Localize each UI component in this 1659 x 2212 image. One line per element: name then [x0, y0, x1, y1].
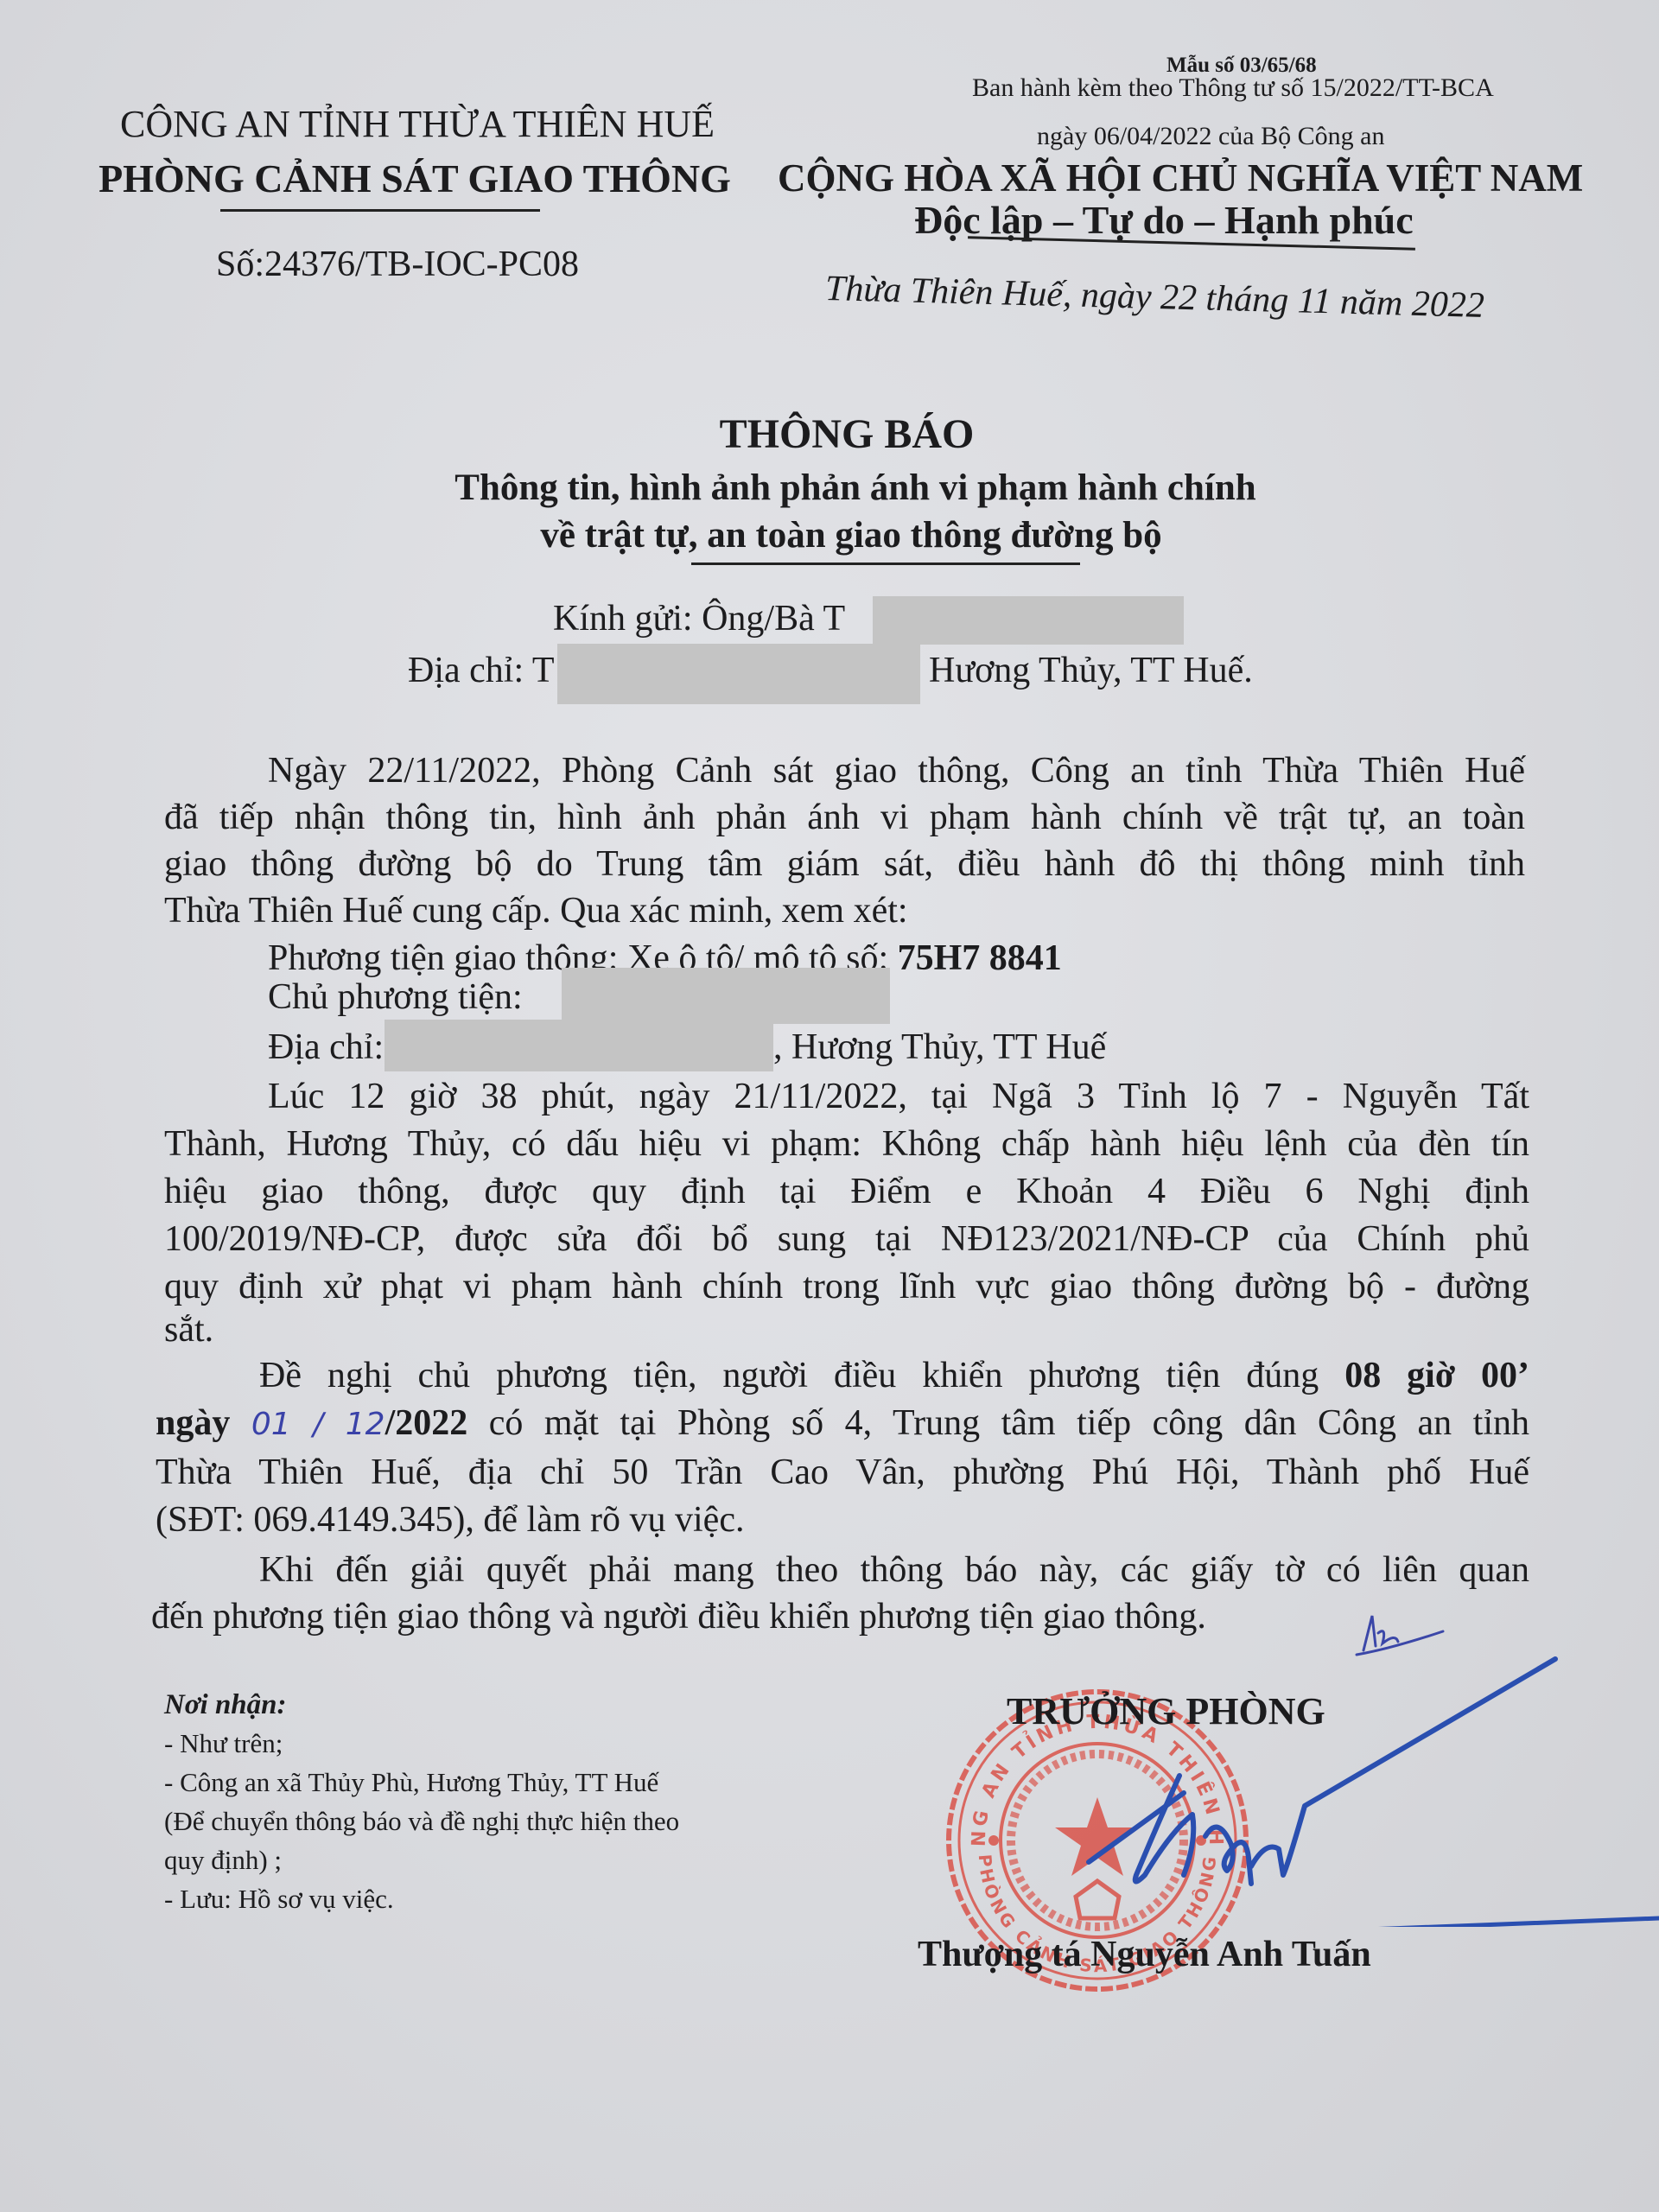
recipient-item: - Như trên;: [164, 1728, 283, 1759]
appointment-year: /2022: [385, 1403, 468, 1443]
recipient-item: (Để chuyển thông báo và đề nghị thực hiệ…: [164, 1806, 679, 1837]
paragraph-1-line: Ngày 22/11/2022, Phòng Cảnh sát giao thô…: [268, 750, 1525, 791]
paragraph-2-line: sắt.: [164, 1309, 213, 1351]
paragraph-2-line: Thành, Hương Thủy, có dấu hiệu vi phạm: …: [164, 1123, 1529, 1165]
recipient-item: quy định) ;: [164, 1845, 282, 1876]
paragraph-1-line: đã tiếp nhận thông tin, hình ảnh phản án…: [164, 797, 1525, 838]
paragraph-3-line: (SĐT: 069.4149.345), để làm rõ vụ việc.: [156, 1499, 744, 1541]
paragraph-2-line: hiệu giao thông, được quy định tại Điểm …: [164, 1171, 1529, 1212]
document-number: Số:24376/TB-IOC-PC08: [216, 244, 579, 285]
paragraph-1-line: giao thông đường bộ do Trung tâm giám sá…: [164, 843, 1525, 885]
recipients-title: Nơi nhận:: [164, 1689, 287, 1721]
redaction-owner-name: [562, 968, 890, 1024]
agency-underline: [220, 209, 540, 212]
agency-parent: CÔNG AN TỈNH THỪA THIÊN HUẾ: [102, 102, 733, 146]
paragraph-3-line: ngày 01 / 12/2022 có mặt tại Phòng số 4,…: [156, 1402, 1529, 1444]
recipient-address-label: Địa chỉ: T: [408, 650, 555, 691]
handwritten-month: 12: [346, 1407, 385, 1442]
handwritten-separator: /: [291, 1407, 346, 1442]
appointment-location: có mặt tại Phòng số 4, Trung tâm tiếp cô…: [467, 1403, 1529, 1443]
paragraph-4-line: đến phương tiện giao thông và người điều…: [151, 1596, 1206, 1637]
form-issued-line1: Ban hành kèm theo Thông tư số 15/2022/TT…: [972, 73, 1494, 103]
paragraph-3-line: Đề nghị chủ phương tiện, người điều khiể…: [259, 1355, 1529, 1396]
paragraph-2-line: quy định xử phạt vi phạm hành chính tron…: [164, 1266, 1529, 1307]
owner-address-suffix: , Hương Thủy, TT Huế: [773, 1027, 1106, 1068]
recipient-address-suffix: Hương Thủy, TT Huế.: [929, 650, 1253, 691]
vehicle-plate: 75H7 8841: [898, 938, 1062, 978]
paragraph-1-line: Thừa Thiên Huế cung cấp. Qua xác minh, x…: [164, 890, 908, 931]
recipient-salutation: Kính gửi: Ông/Bà T: [553, 598, 845, 639]
redaction-recipient-address: [557, 644, 920, 704]
appointment-date-label: ngày: [156, 1403, 251, 1443]
signer-name: Thượng tá Nguyễn Anh Tuấn: [918, 1934, 1371, 1975]
agency-name: PHÒNG CẢNH SÁT GIAO THÔNG: [95, 156, 734, 201]
notice-title: THÔNG BÁO: [0, 410, 1659, 458]
notice-subtitle-line1: Thông tin, hình ảnh phản ánh vi phạm hàn…: [0, 467, 1659, 509]
redaction-recipient-name: [873, 596, 1184, 645]
form-issued-line2: ngày 06/04/2022 của Bộ Công an: [1037, 122, 1384, 151]
redaction-owner-address: [385, 1020, 773, 1071]
subtitle-underline: [691, 563, 1080, 565]
nation-title: CỘNG HÒA XÃ HỘI CHỦ NGHĨA VIỆT NAM: [778, 156, 1583, 200]
handwritten-day: 01: [251, 1407, 291, 1442]
paragraph-2-line: Lúc 12 giờ 38 phút, ngày 21/11/2022, tại…: [268, 1076, 1529, 1117]
notice-subtitle-line2: về trật tự, an toàn giao thông đường bộ: [0, 514, 1659, 556]
paragraph-3-line: Thừa Thiên Huế, địa chỉ 50 Trần Cao Vân,…: [156, 1452, 1529, 1493]
handwritten-signature-icon: [1020, 1642, 1659, 1927]
appointment-text: Đề nghị chủ phương tiện, người điều khiể…: [259, 1356, 1344, 1395]
place-date: Thừa Thiên Huế, ngày 22 tháng 11 năm 202…: [825, 268, 1485, 327]
paragraph-2-line: 100/2019/NĐ-CP, được sửa đổi bổ sung tại…: [164, 1218, 1529, 1260]
document-page: CÔNG AN TỈNH THỪA THIÊN HUẾ PHÒNG CẢNH S…: [0, 0, 1659, 2212]
recipient-item: - Lưu: Hồ sơ vụ việc.: [164, 1884, 394, 1915]
owner-address-label: Địa chỉ:: [268, 1027, 384, 1068]
recipient-item: - Công an xã Thủy Phù, Hương Thủy, TT Hu…: [164, 1767, 658, 1798]
paragraph-4-line: Khi đến giải quyết phải mang theo thông …: [259, 1549, 1529, 1591]
appointment-time: 08 giờ 00’: [1344, 1356, 1529, 1395]
owner-label: Chủ phương tiện:: [268, 976, 523, 1018]
